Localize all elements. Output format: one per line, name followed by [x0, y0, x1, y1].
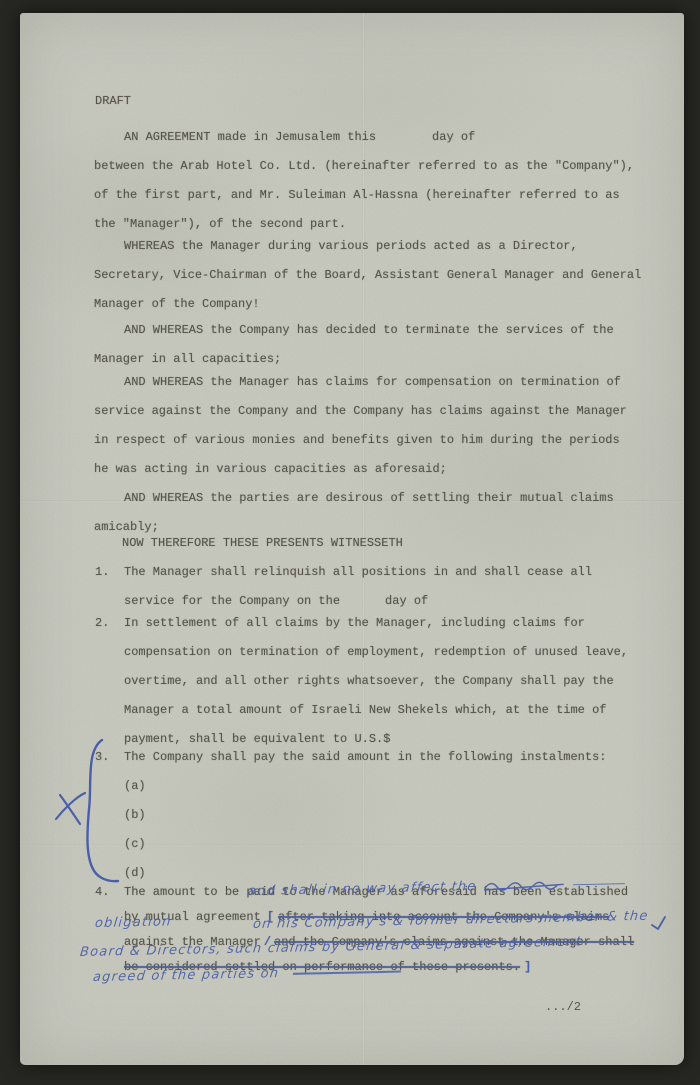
clause-number: 2. — [95, 609, 109, 638]
typed-line: AND WHEREAS the Manager has claims for c… — [94, 368, 670, 397]
clause-number: 1. — [95, 558, 109, 587]
typed-line: WHEREAS the Manager during various perio… — [94, 232, 670, 261]
typed-line: service against the Company and the Comp… — [94, 397, 670, 426]
intro-line1-text: AN AGREEMENT made in Jemusalem this — [124, 130, 376, 144]
recital-2: AND WHEREAS the Company has decided to t… — [94, 316, 670, 374]
recital-1: WHEREAS the Manager during various perio… — [94, 232, 670, 319]
handwritten-note-2-left: obligation — [94, 914, 172, 931]
pen-stroke — [572, 883, 624, 885]
scribbled-out-word — [482, 878, 567, 894]
typed-line: of the first part, and Mr. Suleiman Al-H… — [94, 181, 670, 210]
intro-line1-dayof: day of — [432, 130, 475, 144]
handwritten-text: agreed of the parties on — [92, 966, 280, 985]
typed-line: compensation on termination of employmen… — [124, 638, 670, 667]
clause-3: 3. The Company shall pay the said amount… — [94, 743, 670, 888]
margin-x-mark — [52, 789, 90, 829]
typed-line: AND WHEREAS the Company has decided to t… — [94, 316, 670, 345]
instalment-item-b: (b) — [124, 801, 670, 830]
typed-line: In settlement of all claims by the Manag… — [124, 609, 670, 638]
clause1-line2-text: service for the Company on the — [124, 594, 340, 608]
draft-label: DRAFT — [95, 94, 131, 108]
typed-line: Secretary, Vice-Chairman of the Board, A… — [94, 261, 670, 290]
typed-line: in respect of various monies and benefit… — [94, 426, 670, 455]
recital-3: AND WHEREAS the Manager has claims for c… — [94, 368, 670, 484]
pen-tick-mark — [650, 914, 668, 932]
scanned-document-page: DRAFT AN AGREEMENT made in Jemusalem thi… — [20, 13, 684, 1065]
typed-line: Manager of the Company! — [94, 290, 670, 319]
instalment-item-c: (c) — [124, 830, 670, 859]
typed-line: he was acting in various capacities as a… — [94, 455, 670, 484]
clause1-line2-dayof: day of — [385, 594, 428, 608]
typed-line: overtime, and all other rights whatsoeve… — [124, 667, 670, 696]
clause-2: 2. In settlement of all claims by the Ma… — [94, 609, 670, 754]
pen-bracket-close: ] — [524, 960, 531, 974]
typed-line: between the Arab Hotel Co. Ltd. (hereina… — [94, 152, 670, 181]
page-continuation-marker: .../2 — [545, 1000, 581, 1014]
witnesseth-heading: NOW THEREFORE THESE PRESENTS WITNESSETH — [122, 529, 403, 558]
typed-line: The Manager shall relinquish all positio… — [124, 558, 670, 587]
typed-line: AN AGREEMENT made in Jemusalem thisday o… — [94, 123, 670, 152]
typed-line: AND WHEREAS the parties are desirous of … — [94, 484, 670, 513]
typed-line: The Company shall pay the said amount in… — [124, 743, 670, 772]
typed-line: Manager a total amount of Israeli New Sh… — [124, 696, 670, 725]
pen-dash — [293, 970, 401, 974]
clause-1: 1. The Manager shall relinquish all posi… — [94, 558, 670, 616]
intro-paragraph: AN AGREEMENT made in Jemusalem thisday o… — [94, 123, 670, 239]
instalment-item-a: (a) — [124, 772, 670, 801]
